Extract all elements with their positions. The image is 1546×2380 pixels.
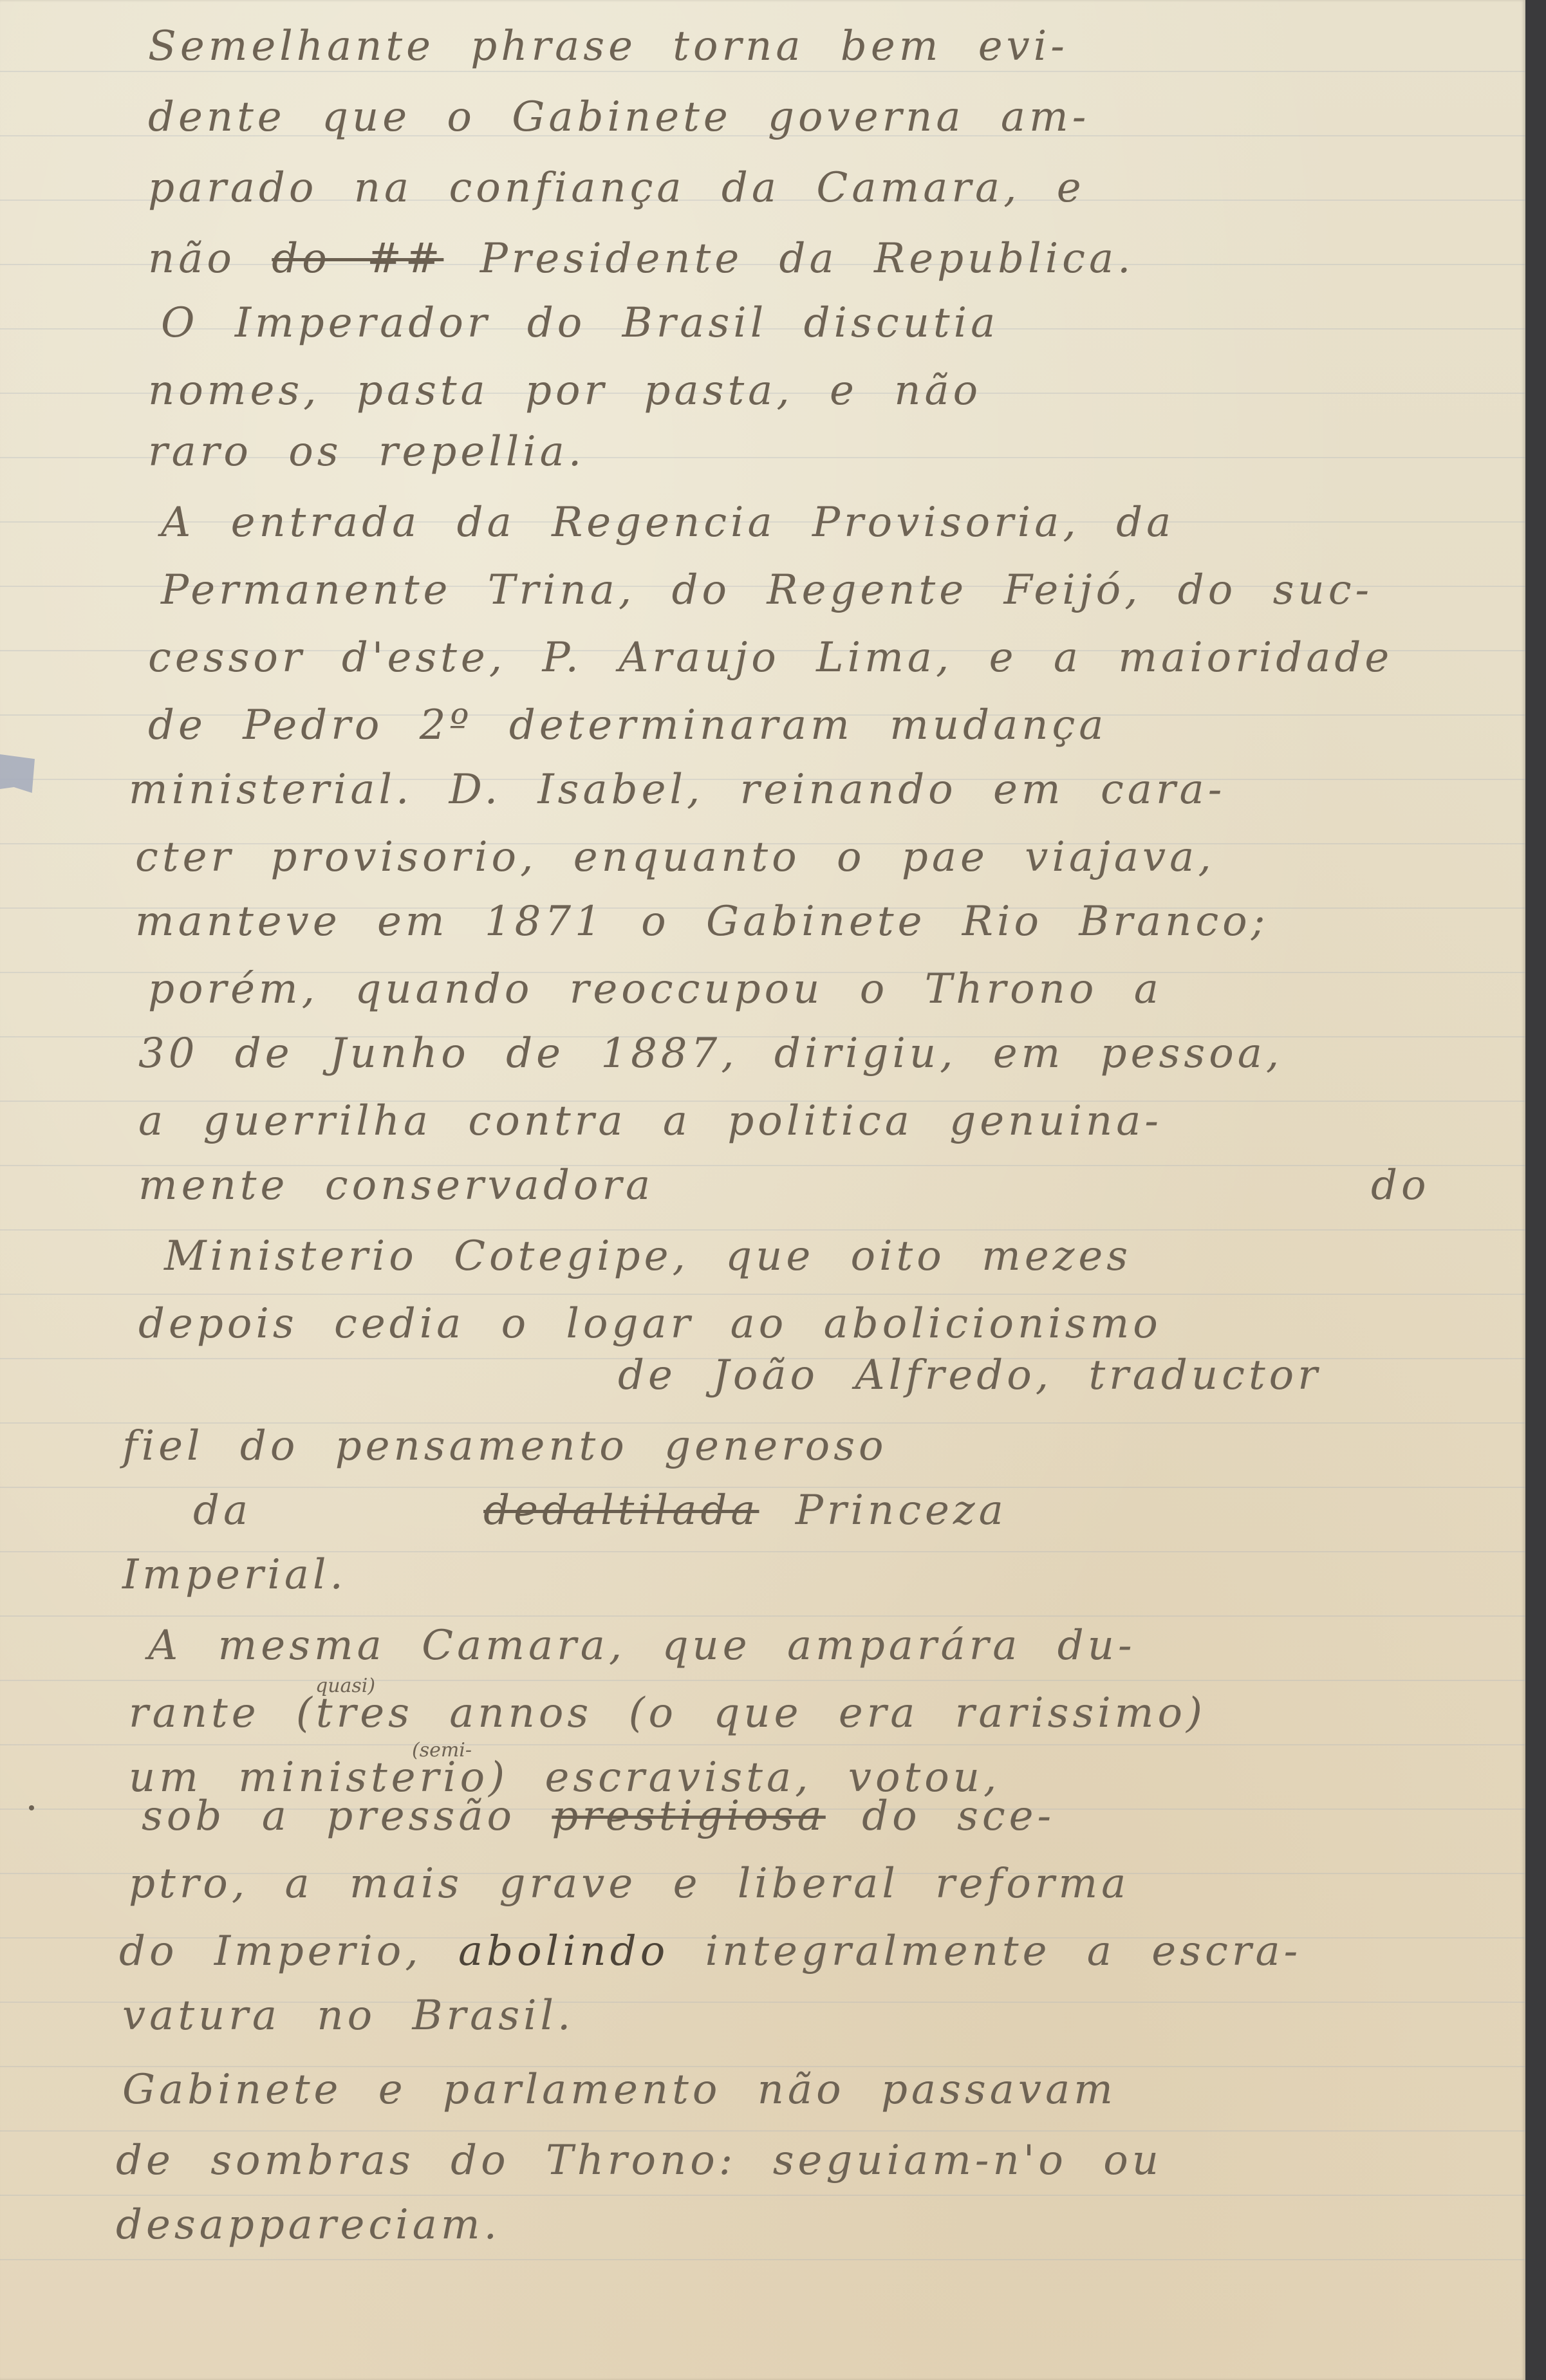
- manuscript-line: mente conservadora: [138, 1165, 654, 1206]
- struck-text: prestigiosa: [552, 1792, 825, 1840]
- rule-line: [0, 1294, 1525, 1295]
- manuscript-line: Ministerio Cotegipe, que oito mezes: [164, 1236, 1132, 1277]
- rule-line: [0, 2259, 1525, 2260]
- manuscript-line: depois cedia o logar ao abolicionismo: [138, 1303, 1162, 1344]
- rule-line: [0, 2130, 1525, 2132]
- line-text: Princeza: [759, 1487, 1007, 1534]
- manuscript-line: manteve em 1871 o Gabinete Rio Branco;: [135, 901, 1269, 942]
- manuscript-line: Permanente Trina, do Regente Feijó, do s…: [161, 570, 1373, 611]
- manuscript-line: desappareciam.: [116, 2204, 501, 2245]
- manuscript-line: porém, quando reoccupou o Throno a: [148, 969, 1162, 1010]
- manuscript-line: O Imperador do Brasil discutia: [161, 302, 999, 344]
- manuscript-line: ministerial. D. Isabel, reinando em cara…: [129, 769, 1225, 810]
- ink-dot: [29, 1805, 34, 1810]
- manuscript-line: Imperial.: [122, 1554, 347, 1595]
- manuscript-line: A mesma Camara, que amparára du-: [148, 1625, 1136, 1666]
- manuscript-line: sob a pressão prestigiosa do sce-: [142, 1796, 1055, 1837]
- manuscript-line: a guerrilha contra a politica genuina-: [138, 1101, 1162, 1142]
- manuscript-line: rante (tres annos (o que era rarissimo): [129, 1693, 1206, 1734]
- rule-line: [0, 1680, 1525, 1681]
- manuscript-line: de sombras do Throno: seguiam-n'o ou: [116, 2140, 1162, 2181]
- manuscript-line: Semelhante phrase torna bem evi-: [148, 26, 1068, 67]
- manuscript-line: ptro, a mais grave e liberal reforma: [129, 1863, 1130, 1904]
- line-text: integralmente a escra-: [669, 1928, 1301, 1975]
- manuscript-line: cessor d'este, P. Araujo Lima, e a maior…: [148, 637, 1393, 678]
- manuscript-line: A entrada da Regencia Provisoria, da: [161, 502, 1175, 543]
- manuscript-page: Semelhante phrase torna bem evi- dente q…: [0, 0, 1525, 2380]
- manuscript-line: vatura no Brasil.: [122, 1995, 574, 2036]
- struck-text: dedaltilada: [483, 1487, 759, 1534]
- manuscript-line: não do ## Presidente da Republica.: [148, 238, 1135, 279]
- line-text: do sce-: [826, 1792, 1055, 1840]
- rule-line: [0, 1229, 1525, 1231]
- emphasized-text: abolindo: [458, 1928, 669, 1975]
- manuscript-line: do Imperio, abolindo integralmente a esc…: [119, 1931, 1301, 1972]
- manuscript-line: cter provisorio, enquanto o pae viajava,: [135, 837, 1215, 878]
- line-text: do Imperio,: [119, 1928, 458, 1975]
- blue-stain-mark: [0, 754, 35, 793]
- manuscript-line: 30 de Junho de 1887, dirigiu, em pessoa,: [138, 1033, 1283, 1074]
- manuscript-line: raro os repellia.: [148, 431, 585, 472]
- manuscript-line: dente que o Gabinete governa am-: [148, 97, 1090, 138]
- rule-line: [0, 1615, 1525, 1617]
- manuscript-line: de João Alfredo, traductor: [618, 1355, 1321, 1396]
- line-text: não: [148, 235, 272, 283]
- manuscript-line: Gabinete e parlamento não passavam: [122, 2069, 1117, 2110]
- manuscript-line: parado na confiança da Camara, e: [148, 167, 1085, 209]
- manuscript-line-tail: do: [1371, 1165, 1430, 1206]
- line-text: Presidente da Republica.: [443, 235, 1134, 283]
- line-text: da: [193, 1487, 252, 1534]
- manuscript-line: de Pedro 2º determinaram mudança: [148, 705, 1107, 746]
- manuscript-line: dadedaltilada Princeza: [193, 1490, 1007, 1531]
- rule-line: [0, 71, 1525, 72]
- manuscript-line: nomes, pasta por pasta, e não: [148, 370, 982, 411]
- manuscript-line: fiel do pensamento generoso: [122, 1426, 888, 1467]
- struck-text: do ##: [272, 235, 443, 283]
- line-text: mente conservadora: [138, 1162, 654, 1209]
- rule-line: [0, 2195, 1525, 2196]
- line-text: sob a pressão: [142, 1792, 552, 1840]
- rule-line: [0, 1744, 1525, 1745]
